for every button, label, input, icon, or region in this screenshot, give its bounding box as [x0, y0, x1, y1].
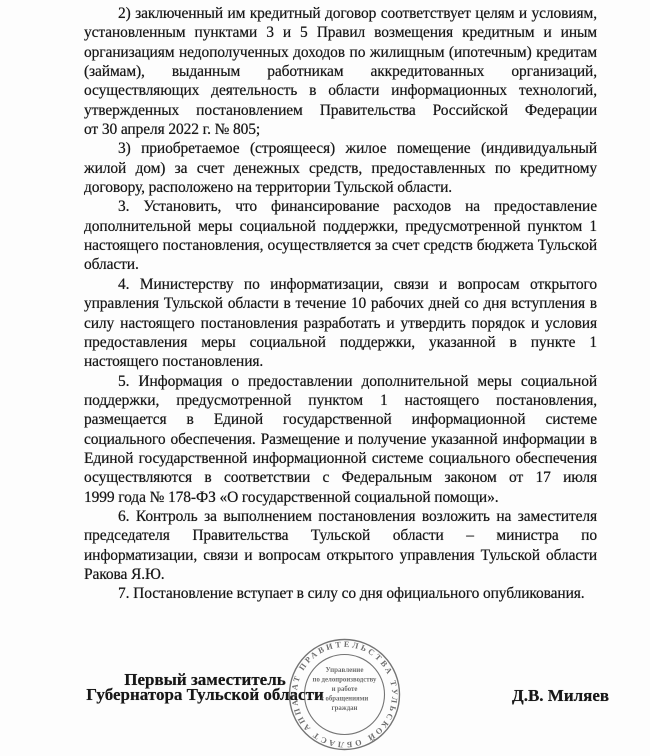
stamp-center-line: по делопроизводству	[313, 677, 377, 684]
document-line: Ракова Я.Ю.	[84, 565, 597, 584]
paragraph-point-6: 6. Контроль за выполнением постановления…	[84, 507, 597, 584]
document-line: силу настоящего постановления разработат…	[84, 314, 597, 333]
document-line: информатизации, связи и вопросам открыто…	[84, 546, 597, 565]
document-line: предоставления меры социальной поддержки…	[84, 333, 597, 352]
paragraph-point-3: 3. Установить, что финансирование расход…	[84, 197, 597, 274]
paragraph-point-5: 5. Информация о предоставлении дополните…	[84, 372, 597, 507]
paragraph-point-7: 7. Постановление вступает в силу со дня …	[84, 584, 597, 603]
document-line: жилой дом) за счет денежных средств, пре…	[84, 159, 597, 178]
document-line: управления Тульской области в течение 10…	[84, 294, 597, 313]
document-line: настоящего постановления, осуществляется…	[84, 236, 597, 255]
official-stamp-seal: АППАРАТ ПРАВИТЕЛЬСТВА ТУЛЬСКОЙ ОБЛАСТИ У…	[286, 636, 403, 753]
document-line: 5. Информация о предоставлении дополните…	[84, 372, 597, 391]
document-line: осуществляющих деятельность в области ин…	[84, 81, 597, 100]
document-line: установленным пунктами 3 и 5 Правил возм…	[84, 23, 597, 42]
document-line: 4. Министерству по информатизации, связи…	[84, 275, 597, 294]
signer-name: Д.В. Миляев	[512, 686, 609, 706]
stamp-center-line: Управление	[326, 666, 364, 674]
document-line: социального обеспечения. Размещение и по…	[84, 430, 597, 449]
document-line: 6. Контроль за выполнением постановления…	[84, 507, 597, 526]
document-line: договору, расположено на территории Туль…	[84, 178, 597, 197]
document-line: Единой государственной информационной си…	[84, 449, 597, 468]
document-line: поддержки, предусмотренной пунктом 1 нас…	[84, 391, 597, 410]
document-line: 3. Установить, что финансирование расход…	[84, 197, 597, 216]
stamp-center-line: граждан	[332, 705, 358, 712]
paragraph-item-2: 2) заключенный им кредитный договор соот…	[84, 4, 597, 139]
document-line: настоящего постановления.	[84, 352, 597, 371]
document-line: 1999 года № 178-ФЗ «О государственной со…	[84, 488, 597, 507]
document-line: 7. Постановление вступает в силу со дня …	[84, 584, 597, 603]
paragraph-item-3: 3) приобретаемое (строящееся) жилое поме…	[84, 139, 597, 197]
document-line: председателя Правительства Тульской обла…	[84, 526, 597, 545]
stamp-center-line: с обращениями	[321, 696, 369, 703]
document-line: размещается в Единой государственной инф…	[84, 410, 597, 429]
document-line: области.	[84, 255, 597, 274]
document-line: утвержденных постановлением Правительств…	[84, 101, 597, 120]
document-line: от 30 апреля 2022 г. № 805;	[84, 120, 597, 139]
document-page: 2) заключенный им кредитный договор соот…	[0, 0, 650, 756]
document-line: организациям недополученных доходов по ж…	[84, 43, 597, 62]
document-line: 3) приобретаемое (строящееся) жилое поме…	[84, 139, 597, 158]
document-line: 2) заключенный им кредитный договор соот…	[84, 4, 597, 23]
document-line: осуществляются в соответствии с Федераль…	[84, 468, 597, 487]
stamp-center-line: и работе	[332, 686, 358, 693]
document-line: дополнительной меры социальной поддержки…	[84, 217, 597, 236]
document-body: 2) заключенный им кредитный договор соот…	[84, 4, 597, 604]
document-line: (займам), выданным работникам аккредитов…	[84, 62, 597, 81]
paragraph-point-4: 4. Министерству по информатизации, связи…	[84, 275, 597, 372]
